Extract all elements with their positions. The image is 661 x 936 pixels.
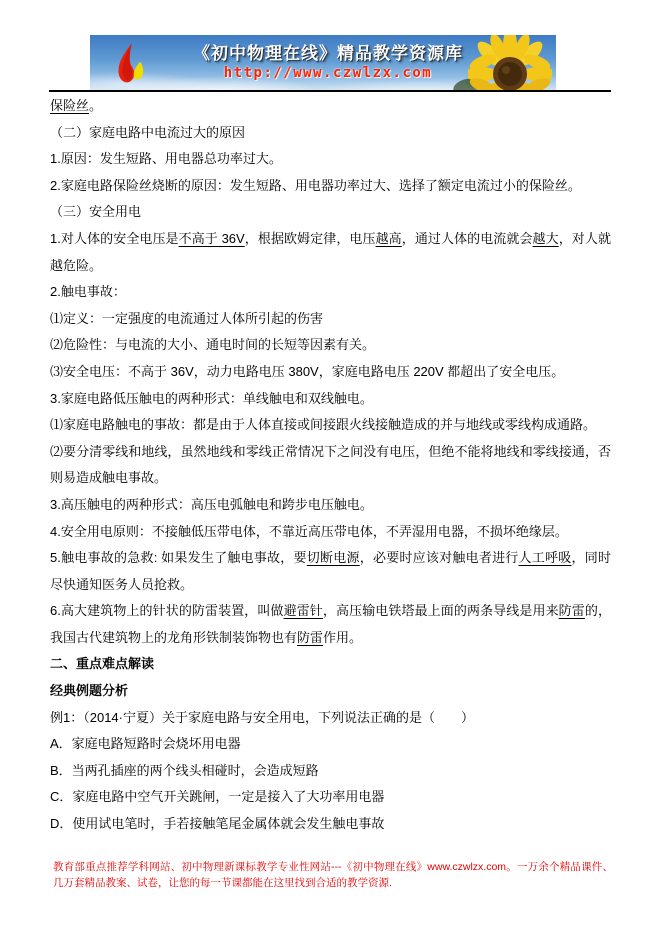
- text-segment: 1.对人体的安全电压是: [50, 231, 179, 246]
- doc-paragraph: A．家庭电路短路时会烧坏用电器: [50, 731, 611, 758]
- document-page: { "header": { "site_title": "《初中物理在线》精品教…: [0, 0, 661, 936]
- text-segment: 2.触电事故：: [50, 284, 126, 299]
- sunflower-icon: [468, 35, 552, 90]
- underlined-text: 越大: [533, 231, 559, 246]
- text-segment: B．当两孔插座的两个线头相碰时，会造成短路: [50, 763, 319, 778]
- underlined-text: 切断电源: [307, 550, 360, 565]
- text-segment: （二）家庭电路中电流过大的原因: [50, 125, 245, 140]
- text-segment: D．使用试电笔时，手若接触笔尾金属体就会发生触电事故: [50, 816, 384, 831]
- banner-text-block: 《初中物理在线》精品教学资源库 http://www.czwlzx.com: [160, 39, 496, 81]
- doc-paragraph: C．家庭电路中空气开关跳闸，一定是接入了大功率用电器: [50, 784, 611, 811]
- text-segment: 3.家庭电路低压触电的两种形式：单线触电和双线触电。: [50, 391, 373, 406]
- doc-paragraph: 1.对人体的安全电压是不高于 36V，根据欧姆定律，电压越高，通过人体的电流就会…: [50, 226, 611, 279]
- doc-paragraph: D．使用试电笔时，手若接触笔尾金属体就会发生触电事故: [50, 811, 611, 838]
- text-segment: 例1：（2014·宁夏）关于家庭电路与安全用电，下列说法正确的是（ ）: [50, 710, 474, 725]
- doc-paragraph: 3.家庭电路低压触电的两种形式：单线触电和双线触电。: [50, 386, 611, 413]
- doc-paragraph: ⑵危险性：与电流的大小、通电时间的长短等因素有关。: [50, 332, 611, 359]
- doc-paragraph: 2.家庭电路保险丝烧断的原因：发生短路、用电器功率过大、选择了额定电流过小的保险…: [50, 173, 611, 200]
- text-segment: 二、重点难点解读: [50, 656, 154, 671]
- underlined-text: 避雷针: [284, 603, 323, 618]
- text-segment: 6.高大建筑物上的针状的防雷装置，叫做: [50, 603, 284, 618]
- text-segment: 1.原因：发生短路、用电器总功率过大。: [50, 151, 282, 166]
- text-segment: 作用。: [323, 630, 362, 645]
- text-segment: 3.高压触电的两种形式：高压电弧触电和跨步电压触电。: [50, 497, 373, 512]
- doc-paragraph: （二）家庭电路中电流过大的原因: [50, 120, 611, 147]
- text-segment: ⑴定义：一定强度的电流通过人体所引起的伤害: [50, 311, 323, 326]
- doc-paragraph: 例1：（2014·宁夏）关于家庭电路与安全用电，下列说法正确的是（ ）: [50, 705, 611, 732]
- header-banner: 《初中物理在线》精品教学资源库 http://www.czwlzx.com: [90, 35, 556, 90]
- doc-paragraph: 二、重点难点解读: [50, 651, 611, 678]
- underlined-text: 保险丝: [50, 98, 89, 113]
- doc-paragraph: ⑶安全电压：不高于 36V，动力电路电压 380V，家庭电路电压 220V 都超…: [50, 359, 611, 386]
- doc-paragraph: 1.原因：发生短路、用电器总功率过大。: [50, 146, 611, 173]
- doc-paragraph: ⑴定义：一定强度的电流通过人体所引起的伤害: [50, 306, 611, 333]
- site-url: http://www.czwlzx.com: [160, 65, 496, 81]
- text-segment: 2.家庭电路保险丝烧断的原因：发生短路、用电器功率过大、选择了额定电流过小的保险…: [50, 178, 581, 193]
- underlined-text: 不高于 36V: [179, 231, 245, 246]
- text-segment: A．家庭电路短路时会烧坏用电器: [50, 736, 241, 751]
- text-segment: 。: [89, 98, 102, 113]
- document-body: 保险丝。（二）家庭电路中电流过大的原因1.原因：发生短路、用电器总功率过大。2.…: [50, 93, 611, 838]
- text-segment: （三）安全用电: [50, 204, 141, 219]
- doc-paragraph: （三）安全用电: [50, 199, 611, 226]
- text-segment: 5.触电事故的急救: 如果发生了触电事故，要: [50, 550, 307, 565]
- text-segment: ⑴家庭电路触电的事故：都是由于人体直接或间接跟火线接触造成的并与地线或零线构成通…: [50, 417, 596, 432]
- text-segment: C．家庭电路中空气开关跳闸，一定是接入了大功率用电器: [50, 789, 384, 804]
- text-segment: ⑵要分清零线和地线，虽然地线和零线正常情况下之间没有电压，但绝不能将地线和零线接…: [50, 444, 611, 486]
- doc-paragraph: ⑵要分清零线和地线，虽然地线和零线正常情况下之间没有电压，但绝不能将地线和零线接…: [50, 439, 611, 492]
- text-segment: ⑶安全电压：不高于 36V，动力电路电压 380V，家庭电路电压 220V 都超…: [50, 364, 564, 379]
- text-segment: ⑵危险性：与电流的大小、通电时间的长短等因素有关。: [50, 337, 375, 352]
- underlined-text: 防雷: [297, 630, 323, 645]
- page-container: 《初中物理在线》精品教学资源库 http://www.czwlzx.com: [0, 0, 661, 936]
- doc-paragraph: B．当两孔插座的两个线头相碰时，会造成短路: [50, 758, 611, 785]
- flame-logo-icon: [108, 40, 154, 88]
- footer-note: 教育部重点推荐学科网站、初中物理新课标教学专业性网站---《初中物理在线》www…: [53, 860, 613, 891]
- underlined-text: 人工呼吸: [519, 550, 572, 565]
- doc-paragraph: 3.高压触电的两种形式：高压电弧触电和跨步电压触电。: [50, 492, 611, 519]
- doc-paragraph: 6.高大建筑物上的针状的防雷装置，叫做避雷针，高压输电铁塔最上面的两条导线是用来…: [50, 598, 611, 651]
- text-segment: 4.安全用电原则：不接触低压带电体，不靠近高压带电体，不弄湿用电器，不损坏绝缘层…: [50, 524, 568, 539]
- underlined-text: 越高: [376, 231, 402, 246]
- doc-paragraph: 2.触电事故：: [50, 279, 611, 306]
- header-divider: [49, 90, 611, 92]
- doc-paragraph: 保险丝。: [50, 93, 611, 120]
- text-segment: ，根据欧姆定律，电压: [245, 231, 376, 246]
- site-title: 《初中物理在线》精品教学资源库: [160, 39, 496, 64]
- doc-paragraph: 经典例题分析: [50, 678, 611, 705]
- doc-paragraph: 5.触电事故的急救: 如果发生了触电事故，要切断电源，必要时应该对触电者进行人工…: [50, 545, 611, 598]
- doc-paragraph: ⑴家庭电路触电的事故：都是由于人体直接或间接跟火线接触造成的并与地线或零线构成通…: [50, 412, 611, 439]
- doc-paragraph: 4.安全用电原则：不接触低压带电体，不靠近高压带电体，不弄湿用电器，不损坏绝缘层…: [50, 519, 611, 546]
- text-segment: 经典例题分析: [50, 683, 128, 698]
- text-segment: ，高压输电铁塔最上面的两条导线是用来: [323, 603, 559, 618]
- underlined-text: 防雷: [559, 603, 585, 618]
- text-segment: ，必要时应该对触电者进行: [360, 550, 519, 565]
- text-segment: ，通过人体的电流就会: [402, 231, 533, 246]
